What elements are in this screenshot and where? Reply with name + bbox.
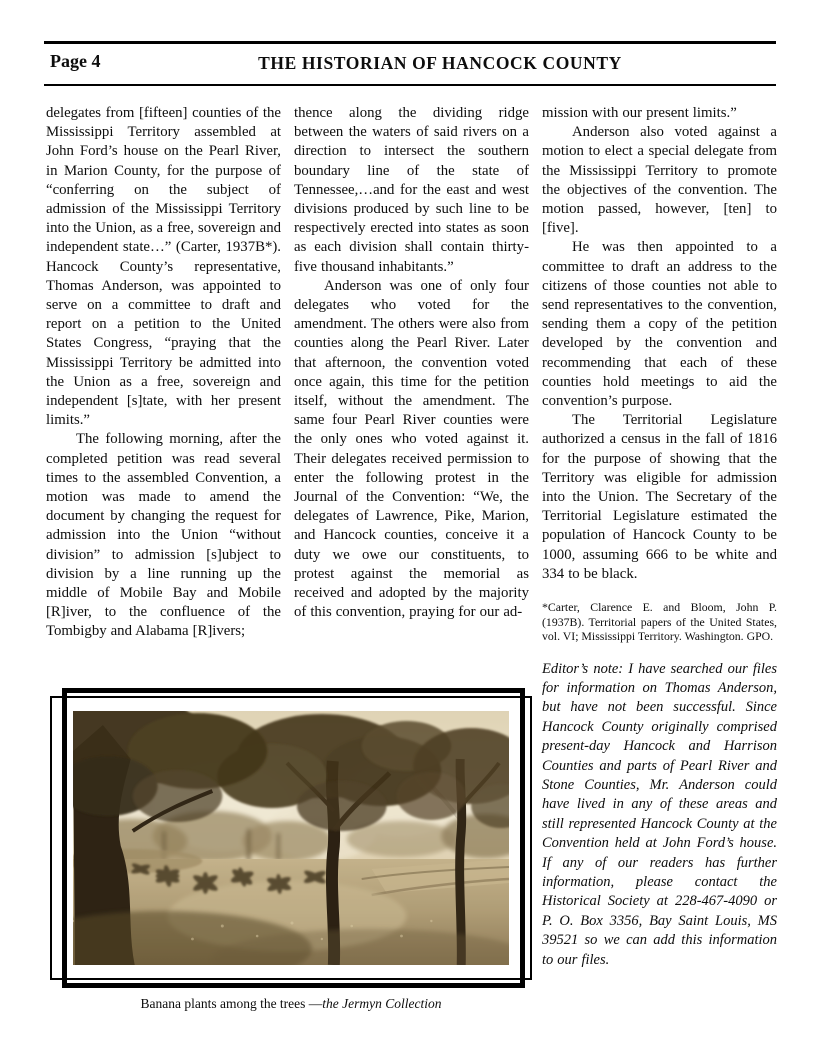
- body-paragraph: Anderson also voted against a motion to …: [542, 123, 777, 238]
- photo-caption: Banana plants among the trees —the Jermy…: [50, 996, 532, 1012]
- column-3: mission with our present limits.” Anders…: [542, 104, 777, 970]
- body-paragraph: delegates from [fifteen] counties of the…: [46, 104, 281, 430]
- page-number-label: Page 4: [50, 51, 100, 72]
- historic-photo-image: [73, 711, 509, 965]
- editors-note: Editor’s note: I have searched our files…: [542, 660, 777, 971]
- body-paragraph: The following morning, after the complet…: [46, 430, 281, 641]
- page-header: Page 4 THE HISTORIAN OF HANCOCK COUNTY: [44, 47, 776, 83]
- body-paragraph: thence along the dividing ridge between …: [294, 104, 529, 277]
- body-paragraph: He was then appointed to a committee to …: [542, 238, 777, 411]
- sepia-landscape-illustration: [73, 711, 509, 965]
- body-paragraph: The Territorial Legislature authorized a…: [542, 411, 777, 584]
- body-paragraph: mission with our present limits.”: [542, 104, 777, 123]
- header-top-rule: [44, 41, 776, 44]
- photo-frame: [50, 688, 532, 988]
- citation-footnote: *Carter, Clarence E. and Bloom, John P. …: [542, 600, 777, 644]
- photo-caption-credit: the Jermyn Collection: [322, 996, 441, 1011]
- page-title: THE HISTORIAN OF HANCOCK COUNTY: [164, 53, 716, 74]
- photo-caption-text: Banana plants among the trees —: [140, 996, 322, 1011]
- body-paragraph: Anderson was one of only four delegates …: [294, 277, 529, 623]
- header-bottom-rule: [44, 84, 776, 86]
- newsletter-page: Page 4 THE HISTORIAN OF HANCOCK COUNTY d…: [0, 0, 816, 1056]
- photo-mat: [69, 707, 513, 969]
